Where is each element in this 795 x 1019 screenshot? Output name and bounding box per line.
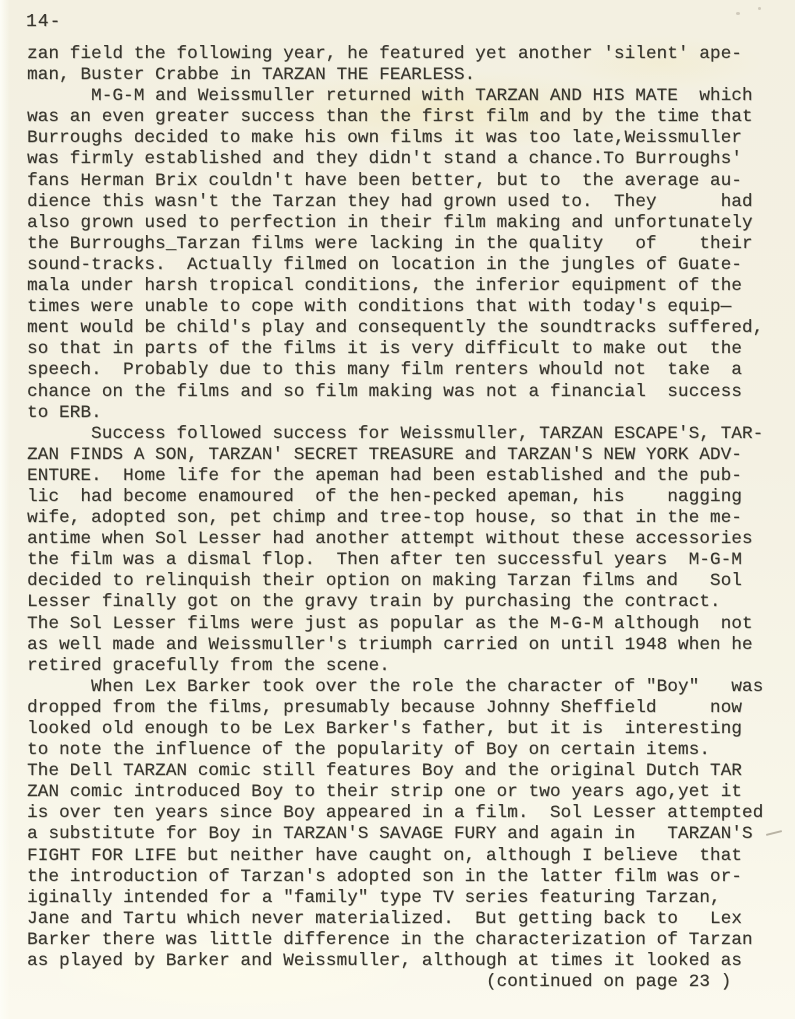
text-line: ENTURE. Home life for the apeman had bee… bbox=[27, 466, 763, 487]
text-line: Barker there was little difference in th… bbox=[27, 930, 763, 951]
text-line: times were unable to cope with condition… bbox=[27, 297, 763, 318]
text-line: ZAN FINDS A SON, TARZAN' SECRET TREASURE… bbox=[27, 445, 763, 466]
page-number: 14- bbox=[26, 12, 61, 32]
text-line: FIGHT FOR LIFE but neither have caught o… bbox=[27, 846, 763, 867]
text-line: retired gracefully from the scene. bbox=[27, 656, 763, 677]
text-line: the Burroughs_Tarzan films were lacking … bbox=[27, 234, 763, 255]
text-line: iginally intended for a "family" type TV… bbox=[27, 888, 763, 909]
text-line: to note the influence of the popularity … bbox=[27, 740, 763, 761]
page-body: zan field the following year, he feature… bbox=[27, 44, 763, 993]
text-line: man, Buster Crabbe in TARZAN THE FEARLES… bbox=[27, 65, 763, 86]
text-line: dropped from the films, presumably becau… bbox=[27, 698, 763, 719]
text-line: ZAN comic introduced Boy to their strip … bbox=[27, 782, 763, 803]
text-line: was firmly established and they didn't s… bbox=[27, 149, 763, 170]
text-line: was an even greater success than the fir… bbox=[27, 107, 763, 128]
text-line: zan field the following year, he feature… bbox=[27, 44, 763, 65]
text-line: antime when Sol Lesser had another attem… bbox=[27, 529, 763, 550]
text-line: sound-tracks. Actually filmed on locatio… bbox=[27, 255, 763, 276]
text-line: The Sol Lesser films were just as popula… bbox=[27, 614, 763, 635]
text-line: lic had become enamoured of the hen-peck… bbox=[27, 487, 763, 508]
text-line: chance on the films and so film making w… bbox=[27, 382, 763, 403]
text-line: decided to relinquish their option on ma… bbox=[27, 571, 763, 592]
text-line: also grown used to perfection in their f… bbox=[27, 213, 763, 234]
scanned-page: 14- zan field the following year, he fea… bbox=[0, 0, 795, 1019]
text-line: to ERB. bbox=[27, 403, 763, 424]
text-line: mala under harsh tropical conditions, th… bbox=[27, 276, 763, 297]
text-line: Jane and Tartu which never materialized.… bbox=[27, 909, 763, 930]
text-line: speech. Probably due to this many film r… bbox=[27, 360, 763, 381]
text-line: Lesser finally got on the gravy train by… bbox=[27, 592, 763, 613]
text-line: a substitute for Boy in TARZAN'S SAVAGE … bbox=[27, 824, 763, 845]
text-line: as played by Barker and Weissmuller, alt… bbox=[27, 951, 763, 972]
text-line: looked old enough to be Lex Barker's fat… bbox=[27, 719, 763, 740]
text-line: fans Herman Brix couldn't have been bett… bbox=[27, 171, 763, 192]
text-line: is over ten years since Boy appeared in … bbox=[27, 803, 763, 824]
text-line: (continued on page 23 ) bbox=[27, 972, 763, 993]
text-line: Burroughs decided to make his own films … bbox=[27, 128, 763, 149]
text-line: M-G-M and Weissmuller returned with TARZ… bbox=[27, 86, 763, 107]
pen-mark bbox=[766, 830, 782, 836]
text-line: the film was a dismal flop. Then after t… bbox=[27, 550, 763, 571]
text-line: The Dell TARZAN comic still features Boy… bbox=[27, 761, 763, 782]
text-line: Success followed success for Weissmuller… bbox=[27, 424, 763, 445]
text-line: dience this wasn't the Tarzan they had g… bbox=[27, 192, 763, 213]
text-line: When Lex Barker took over the role the c… bbox=[27, 677, 763, 698]
text-line: wife, adopted son, pet chimp and tree-to… bbox=[27, 508, 763, 529]
text-line: the introduction of Tarzan's adopted son… bbox=[27, 867, 763, 888]
text-line: as well made and Weissmuller's triumph c… bbox=[27, 635, 763, 656]
text-line: so that in parts of the films it is very… bbox=[27, 339, 763, 360]
text-line: ment would be child's play and consequen… bbox=[27, 318, 763, 339]
scan-speck bbox=[758, 7, 761, 10]
scan-speck bbox=[736, 12, 740, 15]
